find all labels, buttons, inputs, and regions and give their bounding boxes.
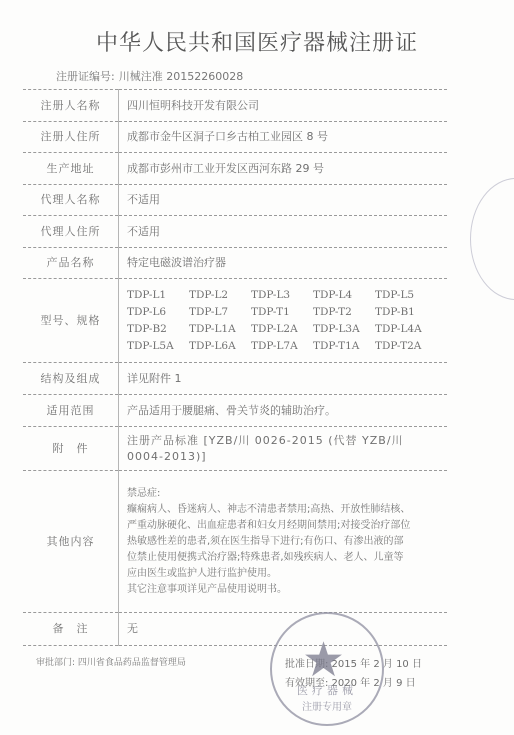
label: 结构及组成 bbox=[23, 363, 119, 395]
model-item: TDP-T2A bbox=[375, 338, 437, 355]
model-item: TDP-L6 bbox=[127, 304, 189, 321]
model-item: TDP-L1A bbox=[189, 321, 251, 338]
certificate-table: 注册人名称 四川恒明科技开发有限公司 注册人住所 成都市金牛区洞子口乡古柏工业园… bbox=[23, 89, 447, 646]
other-line: 热敏感性差的患者,须在医生指导下进行;有伤口、有渗出液的部 bbox=[127, 534, 441, 550]
row-production-address: 生产地址 成都市彭州市工业开发区西河东路 29 号 bbox=[23, 153, 447, 185]
row-product-name: 产品名称 特定电磁波谱治疗器 bbox=[23, 248, 447, 279]
row-structure: 结构及组成 详见附件 1 bbox=[23, 363, 447, 395]
certificate-title: 中华人民共和国医疗器械注册证 bbox=[0, 26, 514, 57]
row-scope: 适用范围 产品适用于腰腿痛、骨关节炎的辅助治疗。 bbox=[23, 395, 447, 427]
label: 注册人住所 bbox=[23, 122, 119, 153]
row-registrant-name: 注册人名称 四川恒明科技开发有限公司 bbox=[23, 90, 447, 122]
model-item: TDP-L3A bbox=[313, 321, 375, 338]
label: 适用范围 bbox=[23, 395, 119, 427]
label: 型号、规格 bbox=[23, 279, 119, 363]
model-item: TDP-L6A bbox=[189, 338, 251, 355]
seal-center-text: 医疗器械 bbox=[272, 682, 382, 698]
model-item: TDP-L4 bbox=[313, 287, 375, 304]
official-seal: ★ 医疗器械 注册专用章 bbox=[270, 612, 384, 726]
model-item: TDP-T1A bbox=[313, 338, 375, 355]
label: 注册人名称 bbox=[23, 90, 119, 122]
star-icon: ★ bbox=[302, 632, 345, 688]
issuing-department: 审批部门: 四川省食品药品监督管理局 bbox=[36, 655, 186, 668]
model-item: TDP-L5 bbox=[375, 287, 437, 304]
label: 附 件 bbox=[23, 427, 119, 471]
value: 详见附件 1 bbox=[119, 363, 448, 395]
model-item: TDP-L4A bbox=[375, 321, 437, 338]
model-item: TDP-T1 bbox=[251, 304, 313, 321]
row-attachment: 附 件 注册产品标准 [YZB/川 0026-2015 (代替 YZB/川 00… bbox=[23, 427, 447, 471]
other-line: 其它注意事项详见产品使用说明书。 bbox=[127, 582, 441, 598]
registration-number-label: 注册证编号: bbox=[56, 70, 115, 83]
row-other: 其他内容 禁忌症: 癫痫病人、昏迷病人、神志不清患者禁用;高热、开放性肺结核、 … bbox=[23, 471, 447, 613]
registration-number: 注册证编号:川械注准 20152260028 bbox=[56, 68, 247, 84]
model-item: TDP-L1 bbox=[127, 287, 189, 304]
label: 备 注 bbox=[23, 613, 119, 646]
row-registrant-address: 注册人住所 成都市金牛区洞子口乡古柏工业园区 8 号 bbox=[23, 122, 447, 153]
model-item: TDP-L5A bbox=[127, 338, 189, 355]
other-line: 癫痫病人、昏迷病人、神志不清患者禁用;高热、开放性肺结核、 bbox=[127, 502, 441, 518]
value: 四川恒明科技开发有限公司 bbox=[119, 90, 448, 122]
other-line: 应由医生或监护人进行监护使用。 bbox=[127, 566, 441, 582]
model-list: TDP-L1 TDP-L2 TDP-L3 TDP-L4 TDP-L5 TDP-L… bbox=[127, 287, 441, 355]
value: 注册产品标准 [YZB/川 0026-2015 (代替 YZB/川 0004-2… bbox=[119, 427, 448, 471]
model-item: TDP-L7A bbox=[251, 338, 313, 355]
row-models: 型号、规格 TDP-L1 TDP-L2 TDP-L3 TDP-L4 TDP-L5… bbox=[23, 279, 447, 363]
seal-bottom-text: 注册专用章 bbox=[272, 698, 382, 713]
other-line: 位禁止使用便携式治疗器;特殊患者,如残疾病人、老人、儿童等 bbox=[127, 550, 441, 566]
registration-number-value: 川械注准 20152260028 bbox=[119, 70, 243, 83]
value: 产品适用于腰腿痛、骨关节炎的辅助治疗。 bbox=[119, 395, 448, 427]
value: 成都市彭州市工业开发区西河东路 29 号 bbox=[119, 153, 448, 185]
label: 其他内容 bbox=[23, 471, 119, 613]
value: 不适用 bbox=[119, 185, 448, 216]
value: 成都市金牛区洞子口乡古柏工业园区 8 号 bbox=[119, 122, 448, 153]
model-item: TDP-L3 bbox=[251, 287, 313, 304]
model-item: TDP-L2A bbox=[251, 321, 313, 338]
model-item: TDP-T2 bbox=[313, 304, 375, 321]
label: 代理人名称 bbox=[23, 185, 119, 216]
label: 产品名称 bbox=[23, 248, 119, 279]
model-item: TDP-B2 bbox=[127, 321, 189, 338]
row-agent-address: 代理人住所 不适用 bbox=[23, 216, 447, 248]
row-agent-name: 代理人名称 不适用 bbox=[23, 185, 447, 216]
side-seal-fragment bbox=[470, 178, 514, 300]
model-item: TDP-L2 bbox=[189, 287, 251, 304]
label: 生产地址 bbox=[23, 153, 119, 185]
row-remark: 备 注 无 bbox=[23, 613, 447, 646]
model-item: TDP-B1 bbox=[375, 304, 437, 321]
label: 代理人住所 bbox=[23, 216, 119, 248]
value: 不适用 bbox=[119, 216, 448, 248]
other-line: 严重动脉硬化、出血症患者和妇女月经期间禁用;对接受治疗部位 bbox=[127, 518, 441, 534]
other-line: 禁忌症: bbox=[127, 486, 441, 502]
value: 特定电磁波谱治疗器 bbox=[119, 248, 448, 279]
model-item: TDP-L7 bbox=[189, 304, 251, 321]
